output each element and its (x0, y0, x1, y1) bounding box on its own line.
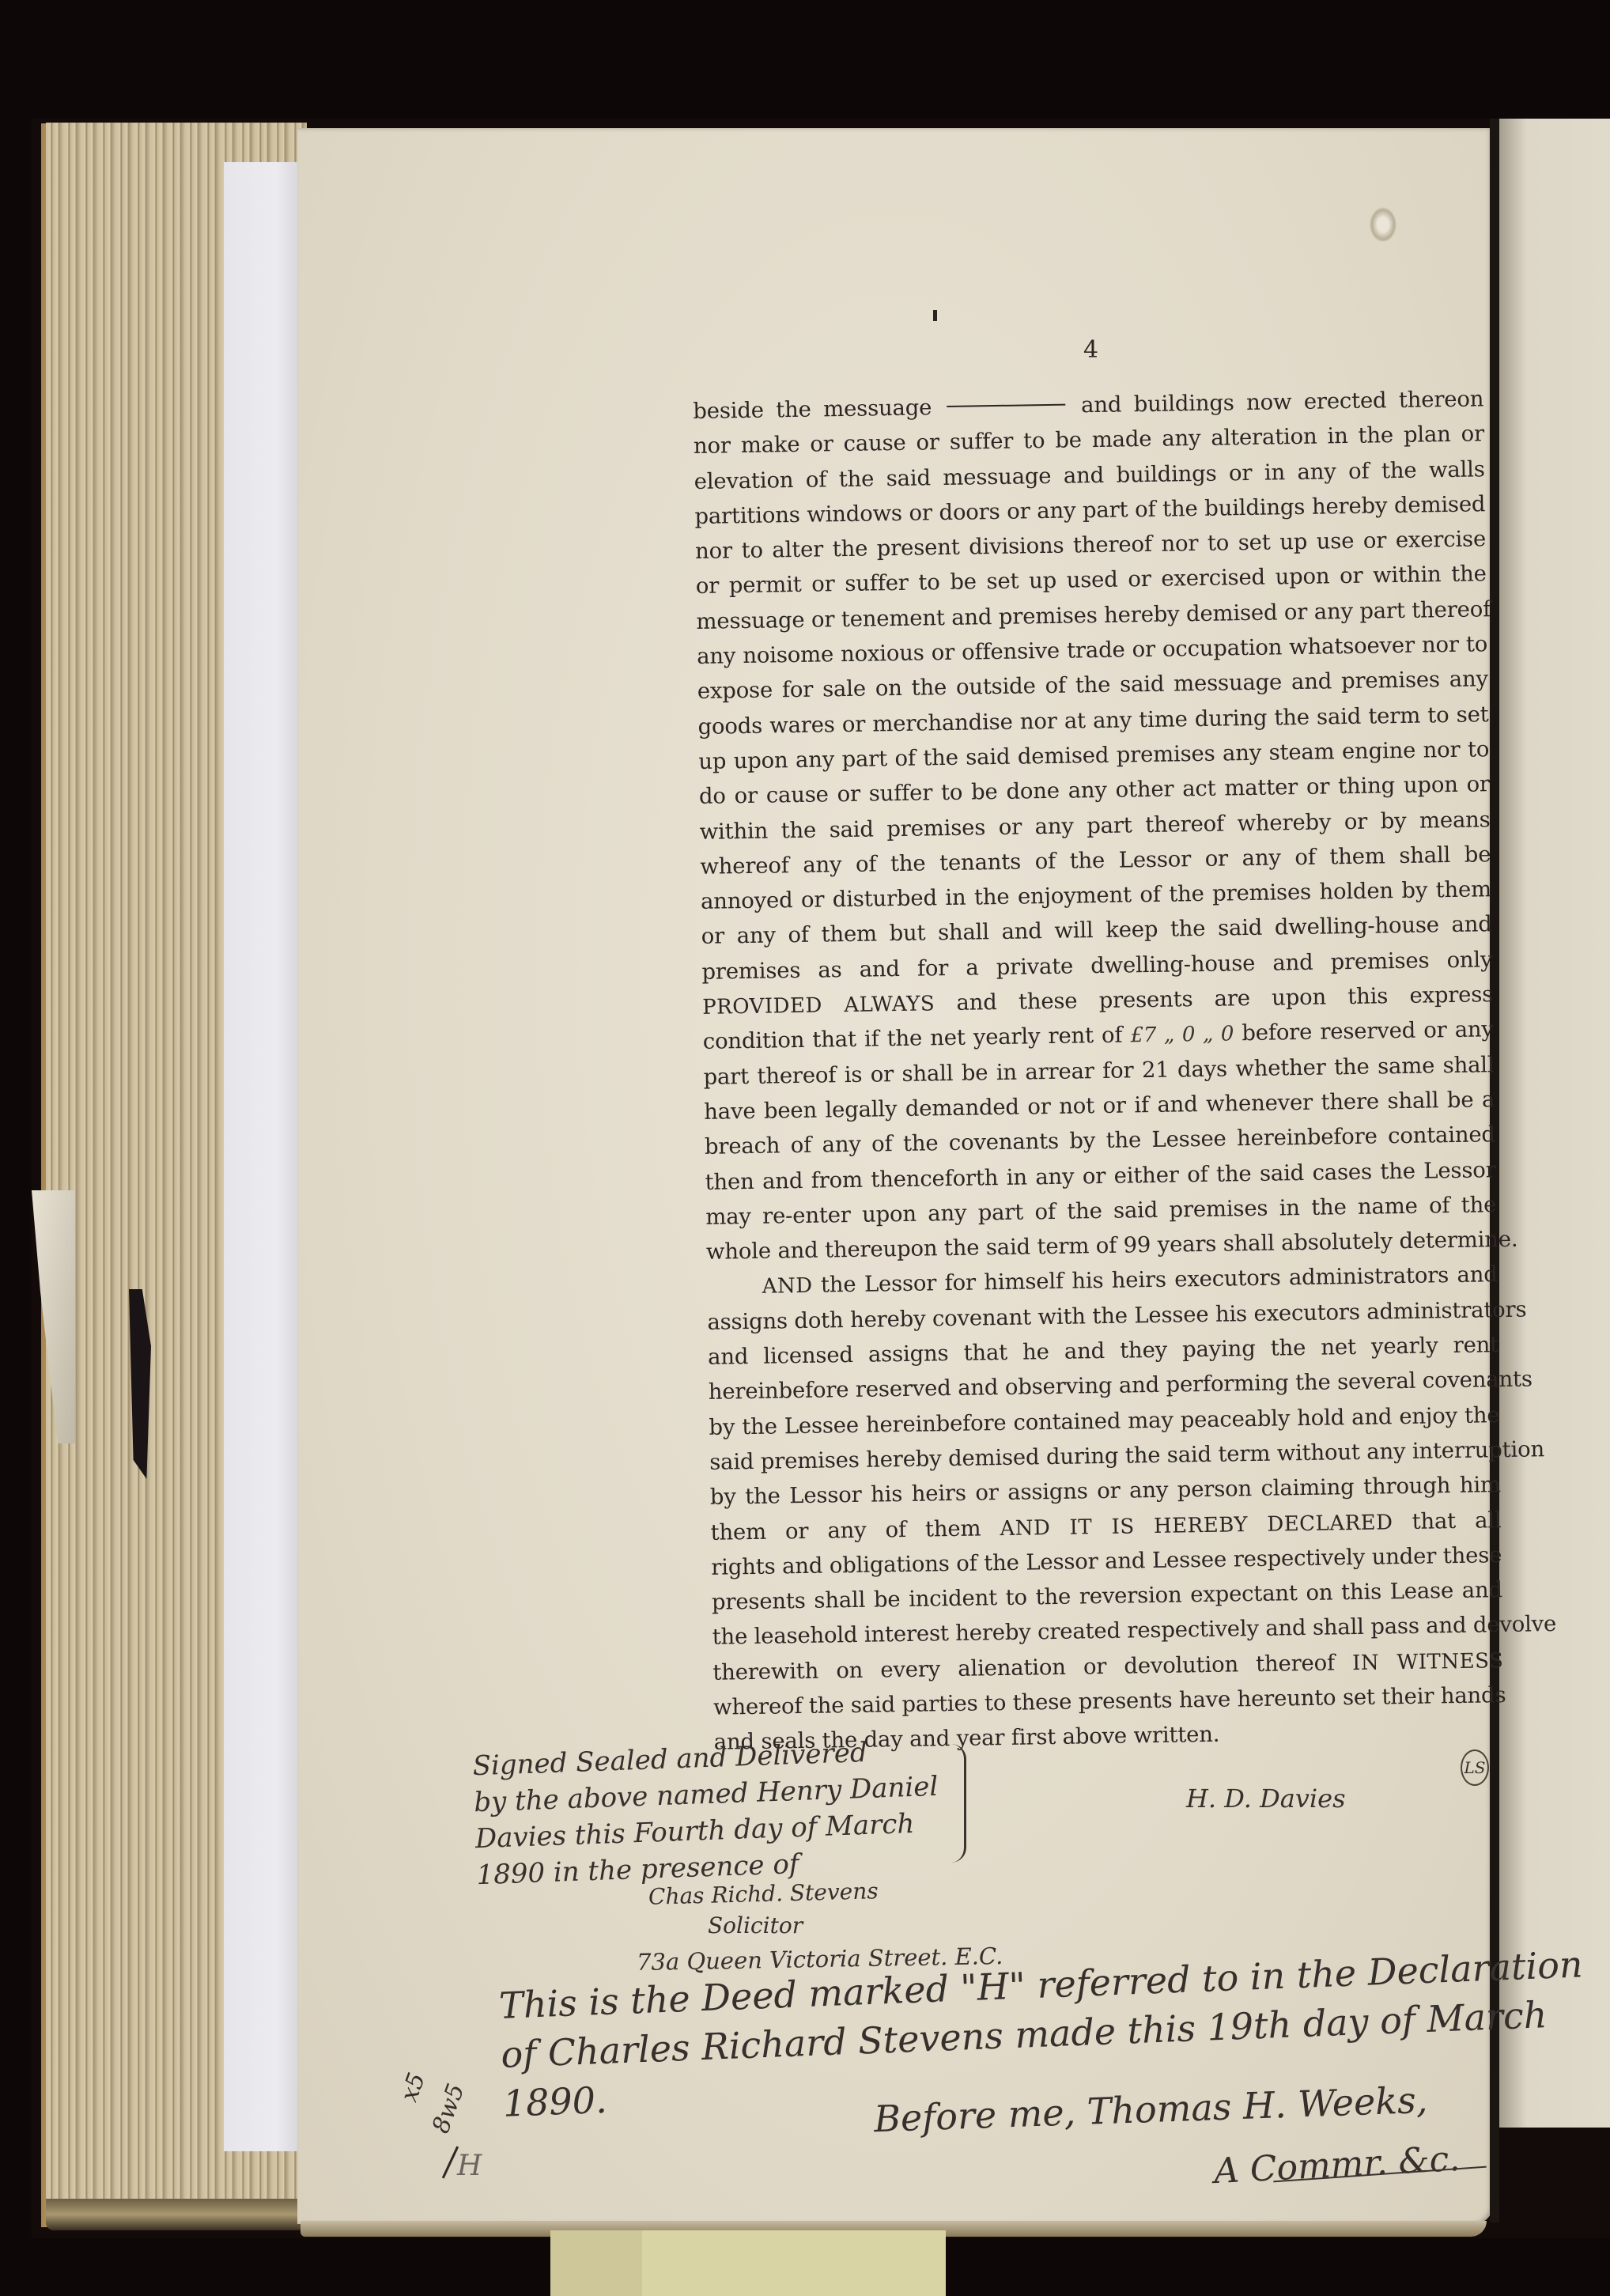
body-text-fragment: beside the messuage (693, 395, 932, 424)
body-text-fragment: the Lessor for himself his heirs executo… (821, 1262, 1498, 1298)
small-caps-heading: AND (762, 1274, 813, 1299)
ink-speck (933, 310, 937, 321)
handwritten-rent-amount: £7 „ 0 „ 0 (1130, 1023, 1234, 1048)
white-bookmark-slip (224, 162, 299, 2151)
small-caps-heading: PROVIDED ALWAYS (702, 992, 935, 1019)
witness-role: Solicitor (708, 1912, 803, 1939)
blank-fill-line (947, 403, 1066, 407)
lease-body-text: beside the messuage and buildings now er… (693, 381, 1505, 1760)
body-text-fragment: condition that if the net yearly rent of (703, 1023, 1123, 1054)
page-number: 4 (1083, 336, 1098, 364)
small-caps-heading: AND IT IS HEREBY DECLARED (1000, 1511, 1393, 1541)
body-text-fragment: and buildings now erected thereon (1081, 386, 1484, 418)
lessor-signature: H. D. Davies (1186, 1783, 1346, 1814)
yellow-archive-label (550, 2230, 946, 2296)
body-text-fragment: that all (1412, 1507, 1501, 1534)
body-text-fragment: before reserved or any (1242, 1017, 1494, 1046)
attestation-clause: Signed Sealed and Delivered by the above… (472, 1732, 941, 1893)
body-text-fragment: and these presents are upon this express (956, 982, 1493, 1016)
facing-page-edge (1499, 119, 1610, 2128)
seal-mark: LS (1461, 1749, 1489, 1786)
body-text-fragment: therewith on every alienation or devolut… (712, 1650, 1335, 1685)
small-caps-heading: IN WITNESS (1352, 1649, 1504, 1675)
paper-stain-mark (1370, 207, 1396, 242)
attestation-brace (951, 1744, 966, 1863)
margin-initial: H (457, 2150, 482, 2182)
body-text-fragment: them or any of them (710, 1515, 981, 1545)
